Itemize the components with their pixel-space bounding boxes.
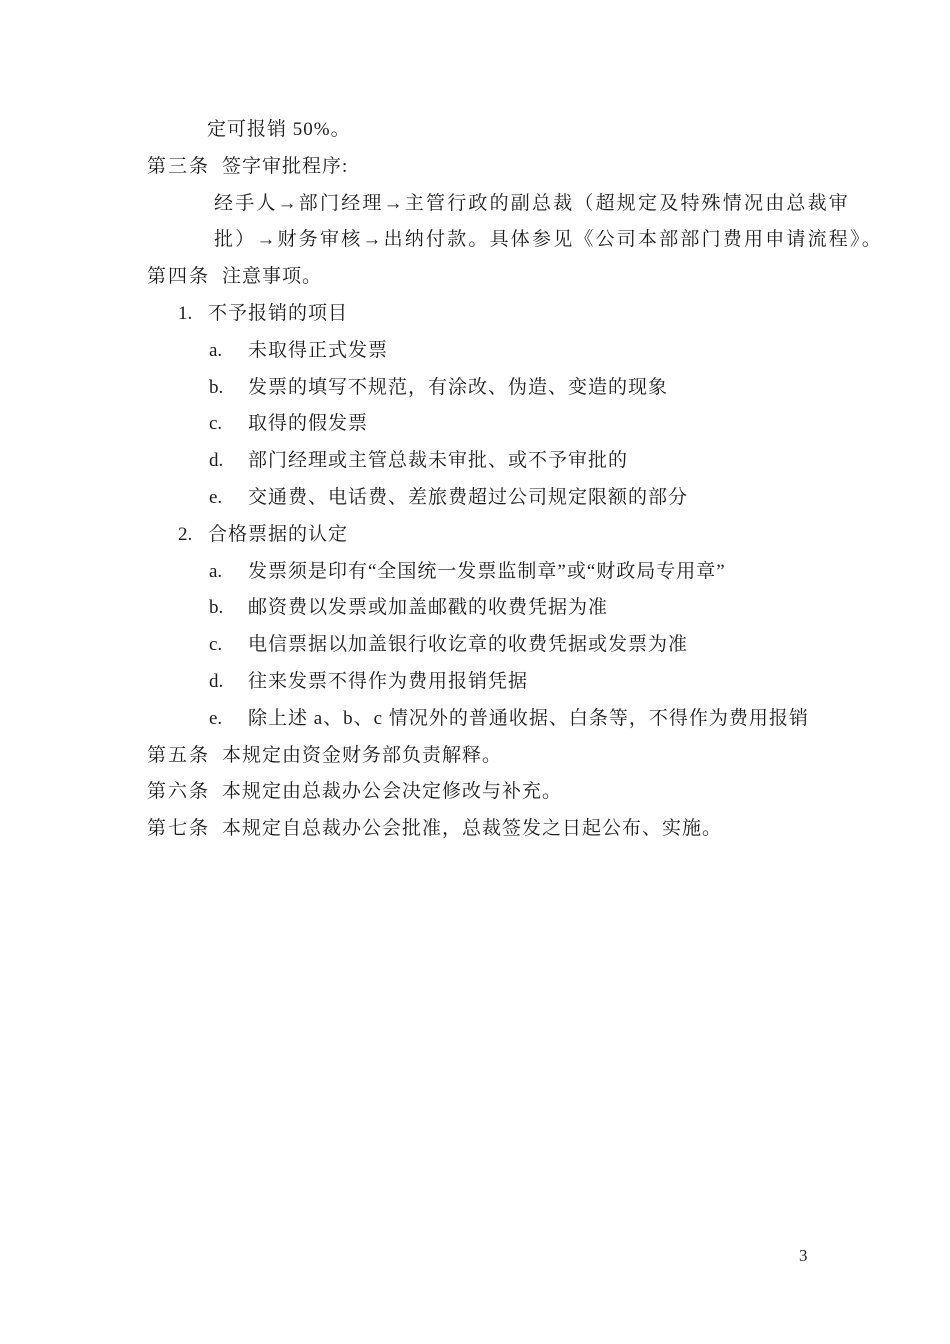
paragraph-text: 经手人→部门经理→主管行政的副总裁（超规定及特殊情况由总裁审 <box>214 193 850 214</box>
item-text: 未取得正式发票 <box>248 340 388 361</box>
item-number: 1. <box>178 296 208 333</box>
letter-item-a: a.发票须是印有“全国统一发票监制章”或“财政局专用章” <box>0 554 950 591</box>
clause-number: 第六条 <box>147 781 210 802</box>
paragraph-continuation: 定可报销 50%。 <box>0 112 950 149</box>
numbered-item-1: 1.不予报销的项目 <box>0 296 950 333</box>
item-text: 部门经理或主管总裁未审批、或不予审批的 <box>248 450 628 471</box>
item-text: 发票的填写不规范，有涂改、伪造、变造的现象 <box>248 377 668 398</box>
item-letter: b. <box>209 590 248 627</box>
document-body: 定可报销 50%。 第三条签字审批程序: 经手人→部门经理→主管行政的副总裁（超… <box>0 0 950 848</box>
item-number: 2. <box>178 517 208 554</box>
item-text: 发票须是印有“全国统一发票监制章”或“财政局专用章” <box>248 561 726 582</box>
clause-text: 本规定由资金财务部负责解释。 <box>222 745 502 766</box>
clause-line-5: 第五条本规定由资金财务部负责解释。 <box>0 738 950 775</box>
clause-line-7: 第七条本规定自总裁办公会批准，总裁签发之日起公布、实施。 <box>0 811 950 848</box>
numbered-item-2: 2.合格票据的认定 <box>0 517 950 554</box>
clause-body-line: 批）→财务审核→出纳付款。具体参见《公司本部部门费用申请流程》。 <box>0 222 950 259</box>
letter-item-a: a.未取得正式发票 <box>0 333 950 370</box>
item-text: 除上述 a、b、c 情况外的普通收据、白条等，不得作为费用报销 <box>248 708 809 729</box>
clause-line-3: 第三条签字审批程序: <box>0 149 950 186</box>
item-text: 不予报销的项目 <box>208 303 348 324</box>
clause-text: 本规定自总裁办公会批准，总裁签发之日起公布、实施。 <box>222 818 722 839</box>
clause-text: 注意事项。 <box>222 266 322 287</box>
item-letter: a. <box>209 554 248 591</box>
clause-body-line: 经手人→部门经理→主管行政的副总裁（超规定及特殊情况由总裁审 <box>0 186 950 223</box>
clause-number: 第七条 <box>147 818 210 839</box>
clause-number: 第五条 <box>147 745 210 766</box>
letter-item-b: b.发票的填写不规范，有涂改、伪造、变造的现象 <box>0 370 950 407</box>
letter-item-c: c.取得的假发票 <box>0 406 950 443</box>
item-letter: e. <box>209 480 248 517</box>
item-letter: e. <box>209 701 248 738</box>
item-text: 电信票据以加盖银行收讫章的收费凭据或发票为准 <box>248 634 688 655</box>
item-text: 往来发票不得作为费用报销凭据 <box>248 671 528 692</box>
clause-number: 第三条 <box>147 156 210 177</box>
letter-item-b: b.邮资费以发票或加盖邮戳的收费凭据为准 <box>0 590 950 627</box>
clause-number: 第四条 <box>147 266 210 287</box>
clause-text: 本规定由总裁办公会决定修改与补充。 <box>222 781 562 802</box>
letter-item-e: e.交通费、电话费、差旅费超过公司规定限额的部分 <box>0 480 950 517</box>
letter-item-c: c.电信票据以加盖银行收讫章的收费凭据或发票为准 <box>0 627 950 664</box>
clause-text: 签字审批程序: <box>222 156 348 177</box>
item-text: 邮资费以发票或加盖邮戳的收费凭据为准 <box>248 597 608 618</box>
item-letter: b. <box>209 370 248 407</box>
item-letter: c. <box>209 406 248 443</box>
item-letter: c. <box>209 627 248 664</box>
clause-line-4: 第四条注意事项。 <box>0 259 950 296</box>
letter-item-d: d.部门经理或主管总裁未审批、或不予审批的 <box>0 443 950 480</box>
document-page: 定可报销 50%。 第三条签字审批程序: 经手人→部门经理→主管行政的副总裁（超… <box>0 0 950 1344</box>
item-letter: d. <box>209 443 248 480</box>
item-letter: a. <box>209 333 248 370</box>
clause-line-6: 第六条本规定由总裁办公会决定修改与补充。 <box>0 774 950 811</box>
item-text: 交通费、电话费、差旅费超过公司规定限额的部分 <box>248 487 688 508</box>
letter-item-e: e.除上述 a、b、c 情况外的普通收据、白条等，不得作为费用报销 <box>0 701 950 738</box>
letter-item-d: d.往来发票不得作为费用报销凭据 <box>0 664 950 701</box>
paragraph-text: 批）→财务审核→出纳付款。具体参见《公司本部部门费用申请流程》。 <box>214 229 883 250</box>
item-text: 取得的假发票 <box>248 413 368 434</box>
item-text: 合格票据的认定 <box>208 524 348 545</box>
page-number: 3 <box>799 1246 808 1266</box>
item-letter: d. <box>209 664 248 701</box>
paragraph-text: 定可报销 50%。 <box>207 119 351 140</box>
